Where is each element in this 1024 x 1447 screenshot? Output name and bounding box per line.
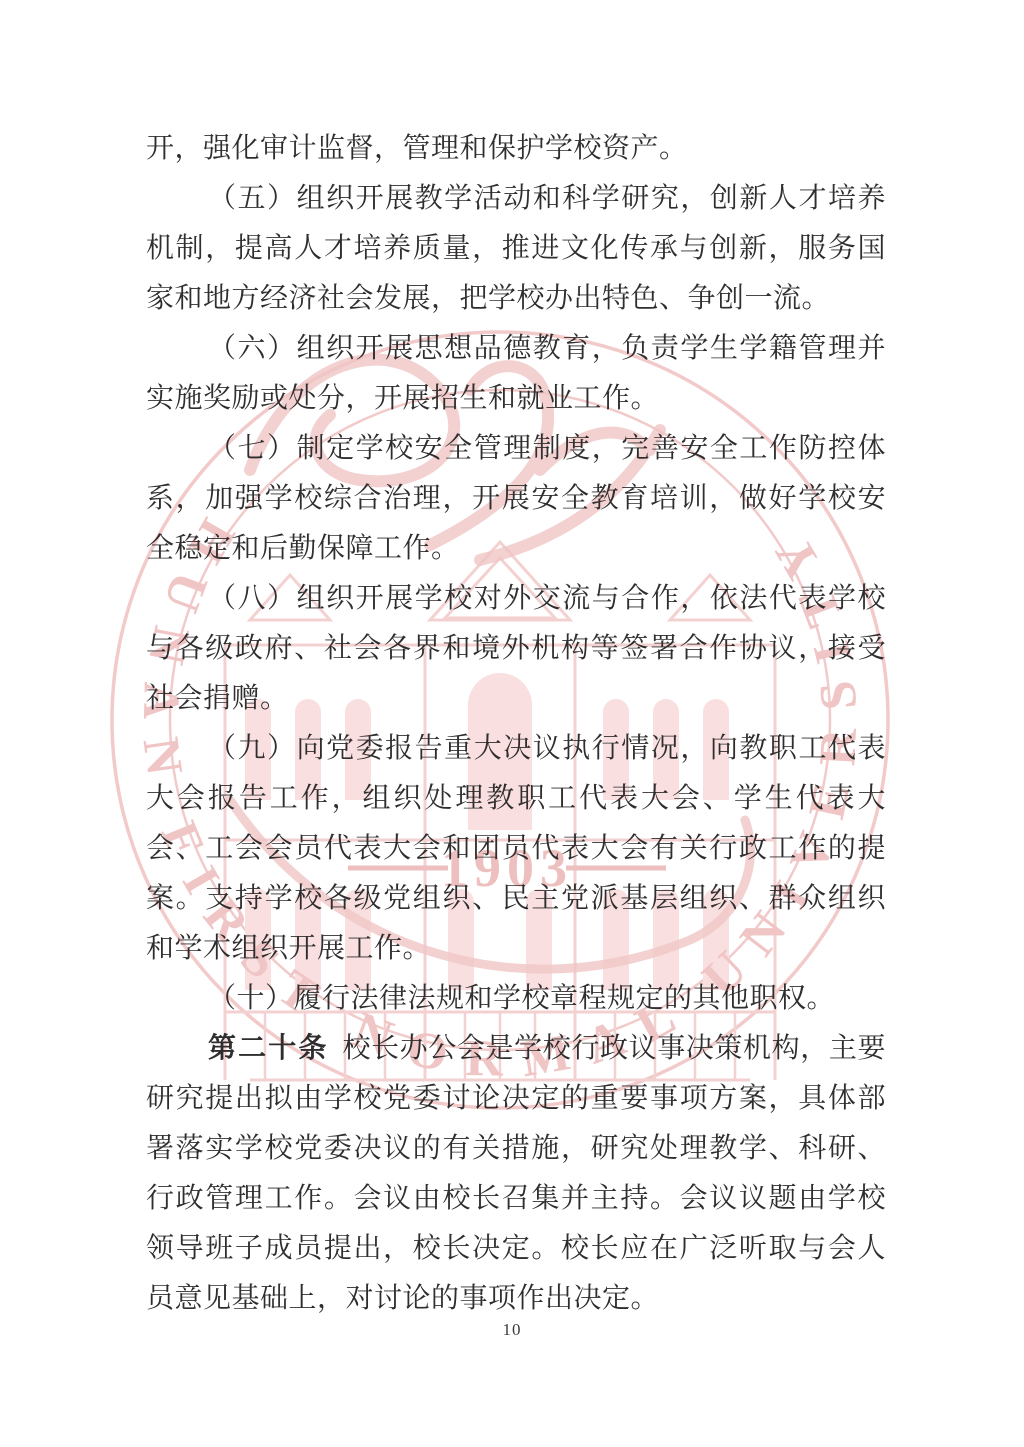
page-number: 10: [0, 1320, 1024, 1340]
paragraph-text: 校长办公会是学校行政议事决策机构，主要研究提出拟由学校党委讨论决定的重要事项方案…: [146, 1033, 886, 1314]
paragraph-text: （五）组织开展教学活动和科学研究，创新人才培养机制，提高人才培养质量，推进文化传…: [146, 183, 886, 314]
paragraph: （七）制定学校安全管理制度，完善安全工作防控体系，加强学校综合治理，开展安全教育…: [146, 424, 886, 574]
document-body: 开，强化审计监督，管理和保护学校资产。（五）组织开展教学活动和科学研究，创新人才…: [146, 124, 886, 1324]
paragraph-text: 开，强化审计监督，管理和保护学校资产。: [146, 133, 688, 164]
paragraph-text: （十）履行法律法规和学校章程规定的其他职权。: [208, 983, 835, 1014]
paragraph: （九）向党委报告重大决议执行情况，向教职工代表大会报告工作，组织处理教职工代表大…: [146, 724, 886, 974]
document-page: 1903 HUNAN FIRST NORMAL UNIVERSITY 开，强化审…: [0, 0, 1024, 1447]
paragraph-text: （八）组织开展学校对外交流与合作，依法代表学校与各级政府、社会各界和境外机构等签…: [146, 583, 886, 714]
paragraph-text: （七）制定学校安全管理制度，完善安全工作防控体系，加强学校综合治理，开展安全教育…: [146, 433, 886, 564]
article-number: 第二十条: [208, 1033, 328, 1064]
paragraph: （八）组织开展学校对外交流与合作，依法代表学校与各级政府、社会各界和境外机构等签…: [146, 574, 886, 724]
paragraph: 第二十条校长办公会是学校行政议事决策机构，主要研究提出拟由学校党委讨论决定的重要…: [146, 1024, 886, 1324]
paragraph-text: （九）向党委报告重大决议执行情况，向教职工代表大会报告工作，组织处理教职工代表大…: [146, 733, 886, 964]
paragraph: （六）组织开展思想品德教育，负责学生学籍管理并实施奖励或处分，开展招生和就业工作…: [146, 324, 886, 424]
paragraph: （十）履行法律法规和学校章程规定的其他职权。: [146, 974, 886, 1024]
paragraph-text: （六）组织开展思想品德教育，负责学生学籍管理并实施奖励或处分，开展招生和就业工作…: [146, 333, 886, 414]
paragraph: （五）组织开展教学活动和科学研究，创新人才培养机制，提高人才培养质量，推进文化传…: [146, 174, 886, 324]
paragraph: 开，强化审计监督，管理和保护学校资产。: [146, 124, 886, 174]
